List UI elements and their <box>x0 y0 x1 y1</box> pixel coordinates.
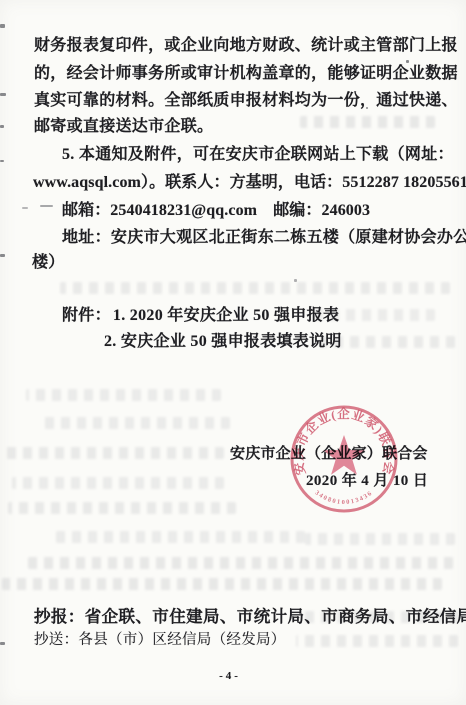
attachment-item-2: 2. 安庆企业 50 强申报表填表说明 <box>104 333 342 351</box>
scan-artifact <box>0 254 5 257</box>
bleedthrough-mark <box>60 282 450 294</box>
seal-star-icon <box>323 435 365 475</box>
attachment-line-1: 附件： 1. 2020 年安庆企业 50 强申报表 <box>62 307 339 325</box>
item5-line-4-address: 地址：安庆市大观区北正街东二栋五楼（原建材协会办公 <box>62 229 466 247</box>
bleedthrough-mark <box>2 578 442 590</box>
seal-number: 3408010013436 <box>314 489 375 506</box>
scan-artifact <box>0 93 6 96</box>
scan-artifact <box>0 125 4 128</box>
item5-line-2-website-phone: www.aqsql.com）。联系人：方基明，电话：5512287 182055… <box>33 174 466 192</box>
bleedthrough-mark <box>300 116 435 128</box>
body-paragraph-line-3: 真实可靠的材料。全部纸质申报材料均为一份，通过快递、 <box>34 92 458 110</box>
attachment-item-1: 1. 2020 年安庆企业 50 强申报表 <box>113 307 339 325</box>
bleedthrough-mark <box>8 502 236 514</box>
scan-artifact <box>40 205 53 207</box>
body-paragraph-line-1: 财务报表复印件，或企业向地方财政、统计或主管部门上报 <box>34 37 458 55</box>
scan-artifact <box>0 160 4 162</box>
bleedthrough-mark <box>305 533 455 545</box>
item5-line-3-email-zip: 邮箱：2540418231@qq.com 邮编：246003 <box>62 202 370 220</box>
bleedthrough-mark <box>55 531 305 543</box>
notice-page: 财务报表复印件，或企业向地方财政、统计或主管部门上报 的，经会计师事务所或审计机… <box>0 0 466 705</box>
cc-send-line: 抄送：各县（市）区经信局（经发局） <box>34 632 286 649</box>
item5-line-5-address-wrap: 楼） <box>32 254 65 272</box>
body-paragraph-line-4: 邮寄或直接送达市企联。 <box>34 118 213 136</box>
bleedthrough-mark <box>296 635 458 647</box>
bleedthrough-mark <box>26 389 221 401</box>
scan-artifact <box>406 60 409 63</box>
attachment-label: 附件： <box>62 307 111 325</box>
scan-artifact <box>0 24 5 28</box>
cc-report-line: 抄报：省企联、市住建局、市统计局、市商务局、市经信局 <box>34 608 466 627</box>
bleedthrough-mark <box>40 417 230 429</box>
scan-artifact <box>0 642 5 645</box>
scan-artifact <box>294 279 297 282</box>
scan-artifact <box>22 207 28 209</box>
page-number: -4- <box>195 670 265 683</box>
bleedthrough-mark <box>6 447 224 459</box>
official-seal: 安庆市企业(企业家)联合会 3408010013436 <box>288 403 400 515</box>
bleedthrough-mark <box>12 477 224 489</box>
item5-line-1: 5. 本通知及附件，可在安庆市企联网站上下载（网址： <box>62 146 454 164</box>
bleedthrough-mark <box>28 557 453 569</box>
body-paragraph-line-2: 的，经会计师事务所或审计机构盖章的，能够证明企业数据 <box>34 65 458 83</box>
